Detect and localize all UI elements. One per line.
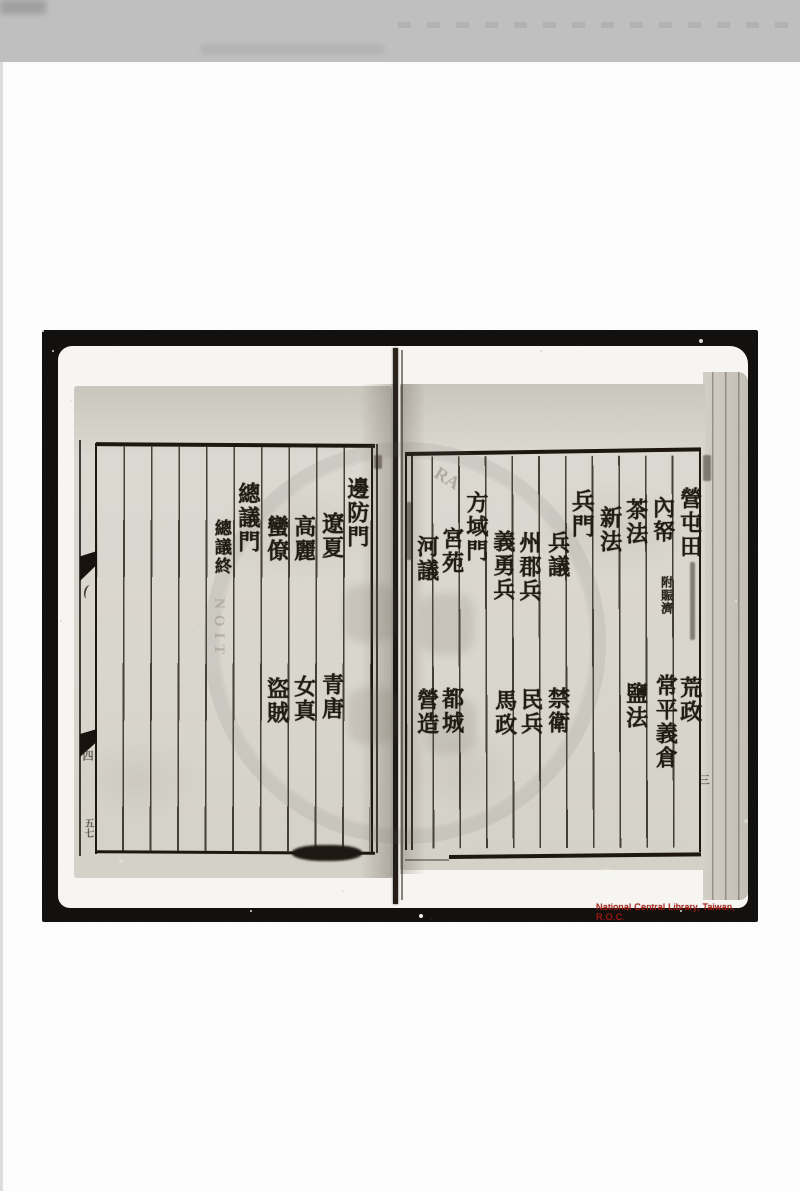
toc-entry: 義勇兵 (491, 530, 512, 602)
book-photograph (42, 330, 758, 922)
toc-entry: 遼夏 (318, 512, 343, 560)
toc-entry: 營造 (413, 688, 438, 736)
toc-entry: 內帑 (649, 496, 674, 544)
toc-entry: 總議終 (211, 519, 229, 576)
page-edge-shadow (0, 62, 3, 1191)
toc-entry: 高麗 (290, 515, 315, 563)
toc-entry: 營屯田 (676, 487, 701, 559)
toc-entry: 州郡兵 (517, 531, 538, 603)
section-header: 總議門 (236, 482, 257, 554)
stamp-ghost-glyph (420, 594, 474, 654)
toc-entry: 馬政 (491, 689, 516, 737)
toc-entry: 蠻僚 (263, 515, 288, 563)
scan-artifact (0, 0, 46, 14)
top-gray-bar (0, 0, 800, 62)
folio-mark: 五七 (82, 818, 93, 838)
toc-entry: 都城 (438, 687, 463, 735)
toc-entry: 新法 (596, 506, 621, 554)
section-header: 邊防門 (345, 477, 366, 549)
section-header: 方域門 (464, 491, 485, 563)
toc-entry: 茶法 (622, 498, 647, 546)
scanned-book-viewer: RA NOIT 營屯田 荒政 內帑 附賑濟 常平義倉 茶法 鹽法 新法 兵門 兵… (0, 0, 800, 1191)
scan-artifact (398, 22, 790, 28)
toc-entry: 宮苑 (438, 527, 463, 575)
toc-entry: 河議 (413, 535, 438, 583)
toc-entry: 荒政 (676, 676, 701, 724)
stamp-ring-letters: NOIT (210, 598, 227, 660)
scan-artifact (200, 44, 385, 55)
toc-entry-annotation: 附賑濟 (660, 576, 673, 615)
stamp-ghost-glyph (348, 688, 398, 744)
folio-mark: 三 (697, 774, 709, 785)
folio-mark: 四 (81, 750, 93, 761)
toc-entry: 盜賊 (263, 677, 288, 725)
section-header: 兵門 (569, 489, 591, 539)
film-grain (42, 330, 758, 922)
toc-entry: 禁衛 (544, 687, 569, 735)
dust-specks (42, 330, 44, 332)
toc-entry: 青唐 (318, 673, 343, 721)
toc-entry: 民兵 (517, 688, 542, 736)
toc-entry: 鹽法 (622, 682, 647, 730)
toc-entry: 兵議 (544, 531, 569, 579)
toc-entry: 女真 (290, 675, 315, 723)
stamp-ghost-glyph (344, 584, 396, 642)
toc-entry: 常平義倉 (649, 674, 679, 770)
library-watermark-text: National Central Library, Taiwan, R.O.C. (596, 902, 756, 922)
